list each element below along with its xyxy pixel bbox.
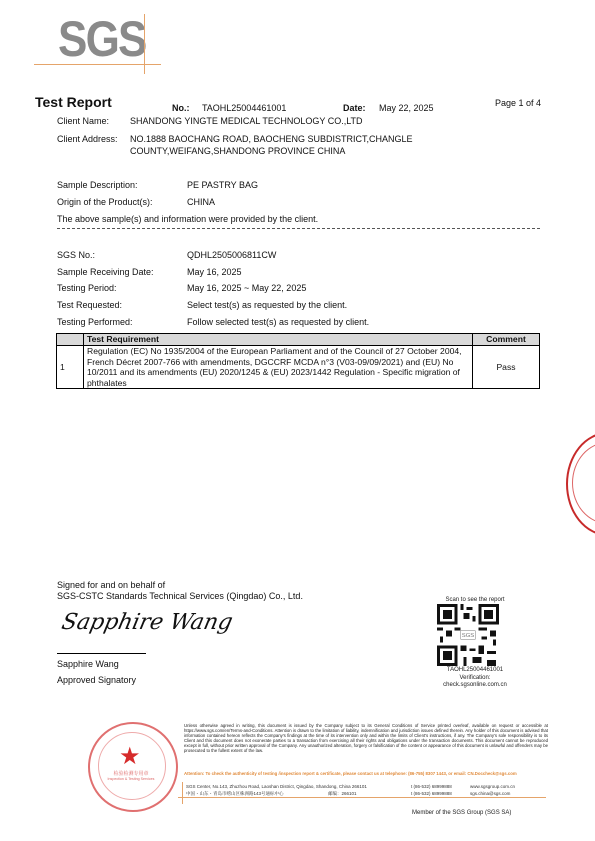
stamp-text-cn: 检验检测专用章 (106, 770, 156, 777)
table-header-row: Test Requirement Comment (57, 334, 540, 346)
testing-period-label: Testing Period: (57, 282, 117, 294)
qr-verification-url[interactable]: check.sgsonline.com.cn (425, 682, 525, 688)
receiving-date-value: May 16, 2025 (187, 266, 242, 278)
client-name-label: Client Name: (57, 115, 109, 127)
svg-text:SGS: SGS (462, 633, 475, 639)
row-comment: Pass (473, 346, 540, 389)
header-test-requirement: Test Requirement (84, 334, 473, 346)
table-row: 1 Regulation (EC) No 1935/2004 of the Eu… (57, 346, 540, 389)
header-number (57, 334, 84, 346)
report-number: No.: TAOHL25004461001 (172, 98, 286, 116)
row-requirement: Regulation (EC) No 1935/2004 of the Euro… (84, 346, 473, 389)
header-comment: Comment (473, 334, 540, 346)
sample-note: The above sample(s) and information were… (57, 213, 318, 225)
receiving-date-label: Sample Receiving Date: (57, 266, 154, 278)
member-statement: Member of the SGS Group (SGS SA) (412, 810, 511, 816)
signatory-name: Sapphire Wang (57, 658, 119, 670)
test-requirement-table: Test Requirement Comment 1 Regulation (E… (56, 333, 540, 389)
origin-label: Origin of the Product(s): (57, 196, 153, 208)
legal-disclaimer: Unless otherwise agreed in writing, this… (184, 723, 548, 753)
star-icon: ★ (119, 742, 141, 771)
logo-horizontal-rule (34, 64, 161, 65)
report-date: Date: May 22, 2025 (343, 98, 434, 116)
footer-website[interactable]: www.sgsgroup.com.cn (470, 784, 515, 789)
test-requested-value: Select test(s) as requested by the clien… (187, 299, 347, 311)
signatory-title: Approved Signatory (57, 674, 136, 686)
footer-vertical-rule (182, 782, 183, 804)
signed-for-line: Signed for and on behalf of (57, 580, 165, 591)
qr-code-icon[interactable]: SGS (437, 604, 499, 666)
qr-verification-label: Verification: (425, 675, 525, 681)
authenticity-attention: Attention: To check the authenticity of … (184, 771, 548, 776)
signature-line (57, 653, 146, 654)
signing-company: SGS-CSTC Standards Technical Services (Q… (57, 591, 303, 602)
row-number: 1 (57, 346, 84, 389)
client-address-label: Client Address: (57, 133, 118, 145)
client-name: SHANDONG YINGTE MEDICAL TECHNOLOGY CO.,L… (130, 115, 363, 127)
testing-performed-label: Testing Performed: (57, 316, 133, 328)
qr-report-code: TAOHL25004461001 (425, 667, 525, 673)
page-title: Test Report (35, 94, 112, 110)
test-requested-label: Test Requested: (57, 299, 122, 311)
footer-address-en: SGS Center, No.143, Zhuzhou Road, Laosha… (186, 784, 367, 789)
footer-phone-2: t (86-532) 68999888 (411, 791, 452, 796)
testing-performed-value: Follow selected test(s) as requested by … (187, 316, 369, 328)
qr-caption: Scan to see the report (425, 597, 525, 603)
report-date-value: May 22, 2025 (379, 103, 434, 113)
logo-vertical-rule (144, 14, 145, 74)
sgs-no-label: SGS No.: (57, 249, 95, 261)
report-number-label: No.: (172, 103, 190, 113)
dashed-divider (57, 228, 540, 229)
client-address-line2: COUNTY,WEIFANG,SHANDONG PROVINCE CHINA (130, 145, 345, 157)
testing-period-value: May 16, 2025 ~ May 22, 2025 (187, 282, 306, 294)
footer-phone-1: t (86-532) 68999888 (411, 784, 452, 789)
origin-value: CHINA (187, 196, 215, 208)
page-indicator: Page 1 of 4 (495, 98, 541, 108)
sgs-logo: SGS (58, 14, 146, 64)
client-address-line1: NO.1888 BAOCHANG ROAD, BAOCHENG SUBDISTR… (130, 133, 413, 145)
handwritten-signature: Sapphire Wang (59, 610, 234, 635)
stamp-text-en: Inspection & Testing Services (100, 777, 162, 781)
sample-description-label: Sample Description: (57, 179, 138, 191)
footer-email[interactable]: sgs.china@sgs.com (470, 791, 510, 796)
sample-description: PE PASTRY BAG (187, 179, 258, 191)
footer-horizontal-rule (178, 797, 546, 798)
report-number-value: TAOHL25004461001 (202, 103, 286, 113)
report-date-label: Date: (343, 103, 366, 113)
sgs-no-value: QDHL2505006811CW (187, 249, 276, 261)
